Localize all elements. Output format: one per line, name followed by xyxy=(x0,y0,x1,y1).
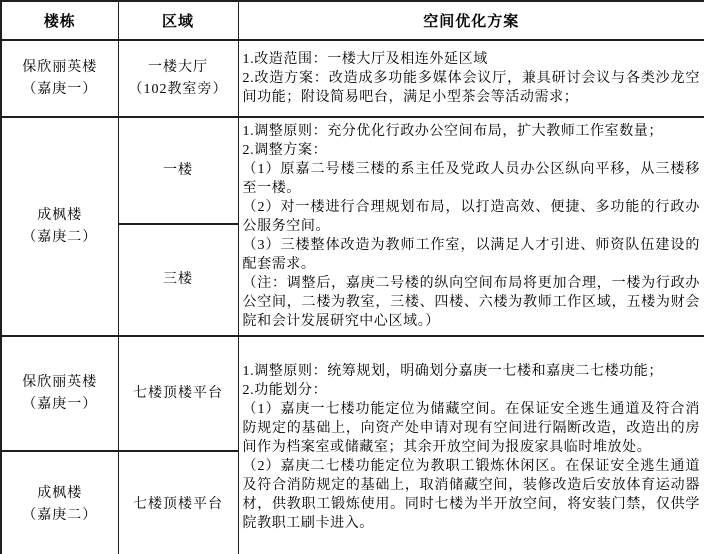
table-row-section2-floor1: 成枫楼 （嘉庚二） 一楼 1.调整原则：充分优化行政办公空间布局，扩大教师工作室… xyxy=(1,117,704,224)
area-cell: 七楼顶楼平台 xyxy=(118,451,238,554)
table-row-section3-building1: 保欣丽英楼 （嘉庚一） 七楼顶楼平台 1.调整原则：统筹规划，明确划分嘉庚一七楼… xyxy=(1,336,704,451)
area-cell: 七楼顶楼平台 xyxy=(118,336,238,451)
plan-cell: 1.改造范围：一楼大厅及相连外延区域 2.改造方案：改造成多功能多媒体会议厅，兼… xyxy=(238,40,704,117)
building-cell: 成枫楼 （嘉庚二） xyxy=(1,117,118,336)
building-cell: 成枫楼 （嘉庚二） xyxy=(1,451,118,554)
plan-cell: 1.调整原则：充分优化行政办公空间布局，扩大教师工作室数量； 2.调整方案： （… xyxy=(238,117,704,336)
building-cell: 保欣丽英楼 （嘉庚一） xyxy=(1,40,118,117)
table-row-section1: 保欣丽英楼 （嘉庚一） 一楼大厅 （102教室旁） 1.改造范围：一楼大厅及相连… xyxy=(1,40,704,117)
space-optimization-table: 楼栋 区域 空间优化方案 保欣丽英楼 （嘉庚一） 一楼大厅 （102教室旁） 1… xyxy=(0,0,704,554)
area-cell: 一楼大厅 （102教室旁） xyxy=(118,40,238,117)
building-cell: 保欣丽英楼 （嘉庚一） xyxy=(1,336,118,451)
area-cell: 一楼 xyxy=(118,117,238,224)
header-row: 楼栋 区域 空间优化方案 xyxy=(1,1,704,40)
col-header-plan: 空间优化方案 xyxy=(238,1,704,40)
plan-cell: 1.调整原则：统筹规划，明确划分嘉庚一七楼和嘉庚二七楼功能； 2.功能划分： （… xyxy=(238,336,704,554)
area-cell: 三楼 xyxy=(118,224,238,336)
col-header-area: 区域 xyxy=(118,1,238,40)
col-header-building: 楼栋 xyxy=(1,1,118,40)
